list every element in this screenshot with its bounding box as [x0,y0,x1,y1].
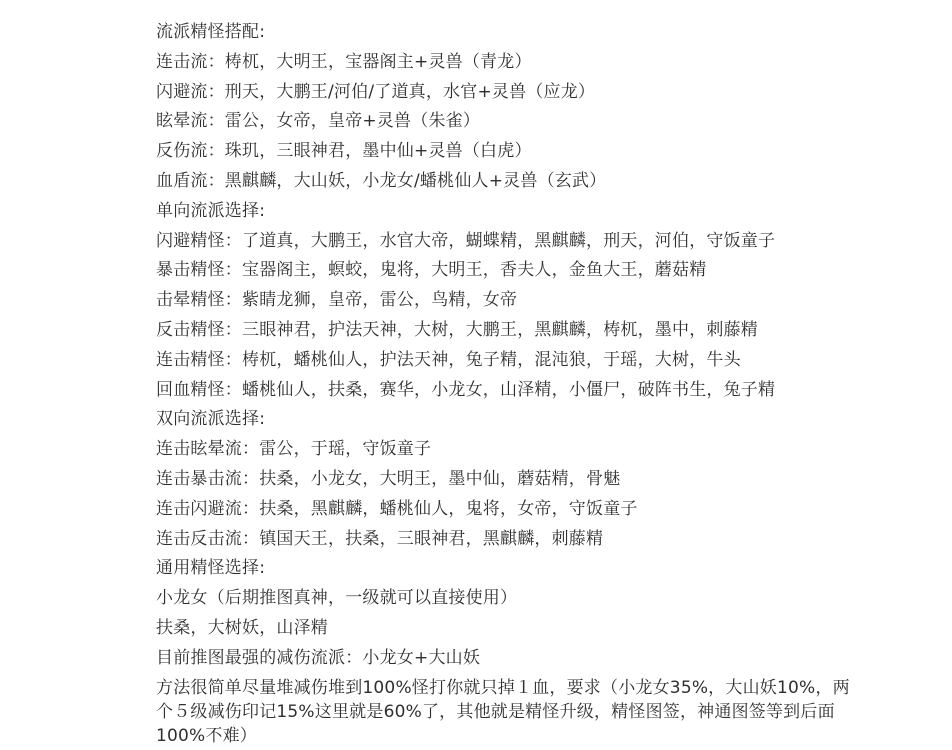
text-line-reflect-build: 反伤流：珠玑，三眼神君，墨中仙+灵兽（白虎） [156,137,876,167]
text-line-combo-crit: 连击暴击流：扶桑，小龙女，大明王，墨中仙，蘑菇精，骨魅 [156,465,876,495]
text-line-counter-spirits: 反击精怪：三眼神君，护法天神，大树，大鹏王，黑麒麟，梼杌，墨中，刺藤精 [156,316,876,346]
text-line-heal-spirits: 回血精怪：蟠桃仙人，扶桑，赛华，小龙女，山泽精，小僵尸，破阵书生，兔子精 [156,376,876,406]
text-line-combo-counter: 连击反击流：镇国天王，扶桑，三眼神君，黑麒麟，刺藤精 [156,525,876,555]
text-line-strongest-build: 目前推图最强的减伤流派：小龙女+大山妖 [156,644,876,674]
text-line-stun-spirits: 击晕精怪：紫睛龙狮，皇帝，雷公，鸟精，女帝 [156,286,876,316]
text-line-stun-build: 眩晕流：雷公，女帝，皇帝+灵兽（朱雀） [156,107,876,137]
text-line-combo-build: 连击流：梼杌，大明王，宝器阁主+灵兽（青龙） [156,48,876,78]
text-paragraph-method: 方法很简单尽量堆减伤堆到100%怪打你就只掉１血，要求（小龙女35%，大山妖10… [156,676,856,748]
text-line-dodge-build: 闪避流：刑天，大鹏王/河伯/了道真，水官+灵兽（应龙） [156,78,876,108]
document-body: 流派精怪搭配: 连击流：梼杌，大明王，宝器阁主+灵兽（青龙） 闪避流：刑天，大鹏… [156,18,876,748]
heading-general-spirits: 通用精怪选择: [156,554,876,584]
text-line-shield-build: 血盾流：黑麒麟，大山妖，小龙女/蟠桃仙人+灵兽（玄武） [156,167,876,197]
text-line-xiaolongnv: 小龙女（后期推图真神，一级就可以直接使用） [156,584,876,614]
heading-single-builds: 单向流派选择: [156,197,876,227]
text-line-combo-spirits: 连击精怪：梼杌，蟠桃仙人，护法天神，兔子精，混沌狼，于瑶，大树，牛头 [156,346,876,376]
text-line-crit-spirits: 暴击精怪：宝器阁主，螟蛟，鬼将，大明王，香夫人，金鱼大王，蘑菇精 [156,256,876,286]
text-line-combo-stun: 连击眩晕流：雷公，于瑶，守饭童子 [156,435,876,465]
heading-dual-builds: 双向流派选择: [156,405,876,435]
text-line-combo-dodge: 连击闪避流：扶桑，黑麒麟，蟠桃仙人，鬼将，女帝，守饭童子 [156,495,876,525]
text-line-dodge-spirits: 闪避精怪：了道真，大鹏王，水官大帝，蝴蝶精，黑麒麟，刑天，河伯，守饭童子 [156,227,876,257]
heading-build-combos: 流派精怪搭配: [156,18,876,48]
text-line-general-list: 扶桑，大树妖，山泽精 [156,614,876,644]
